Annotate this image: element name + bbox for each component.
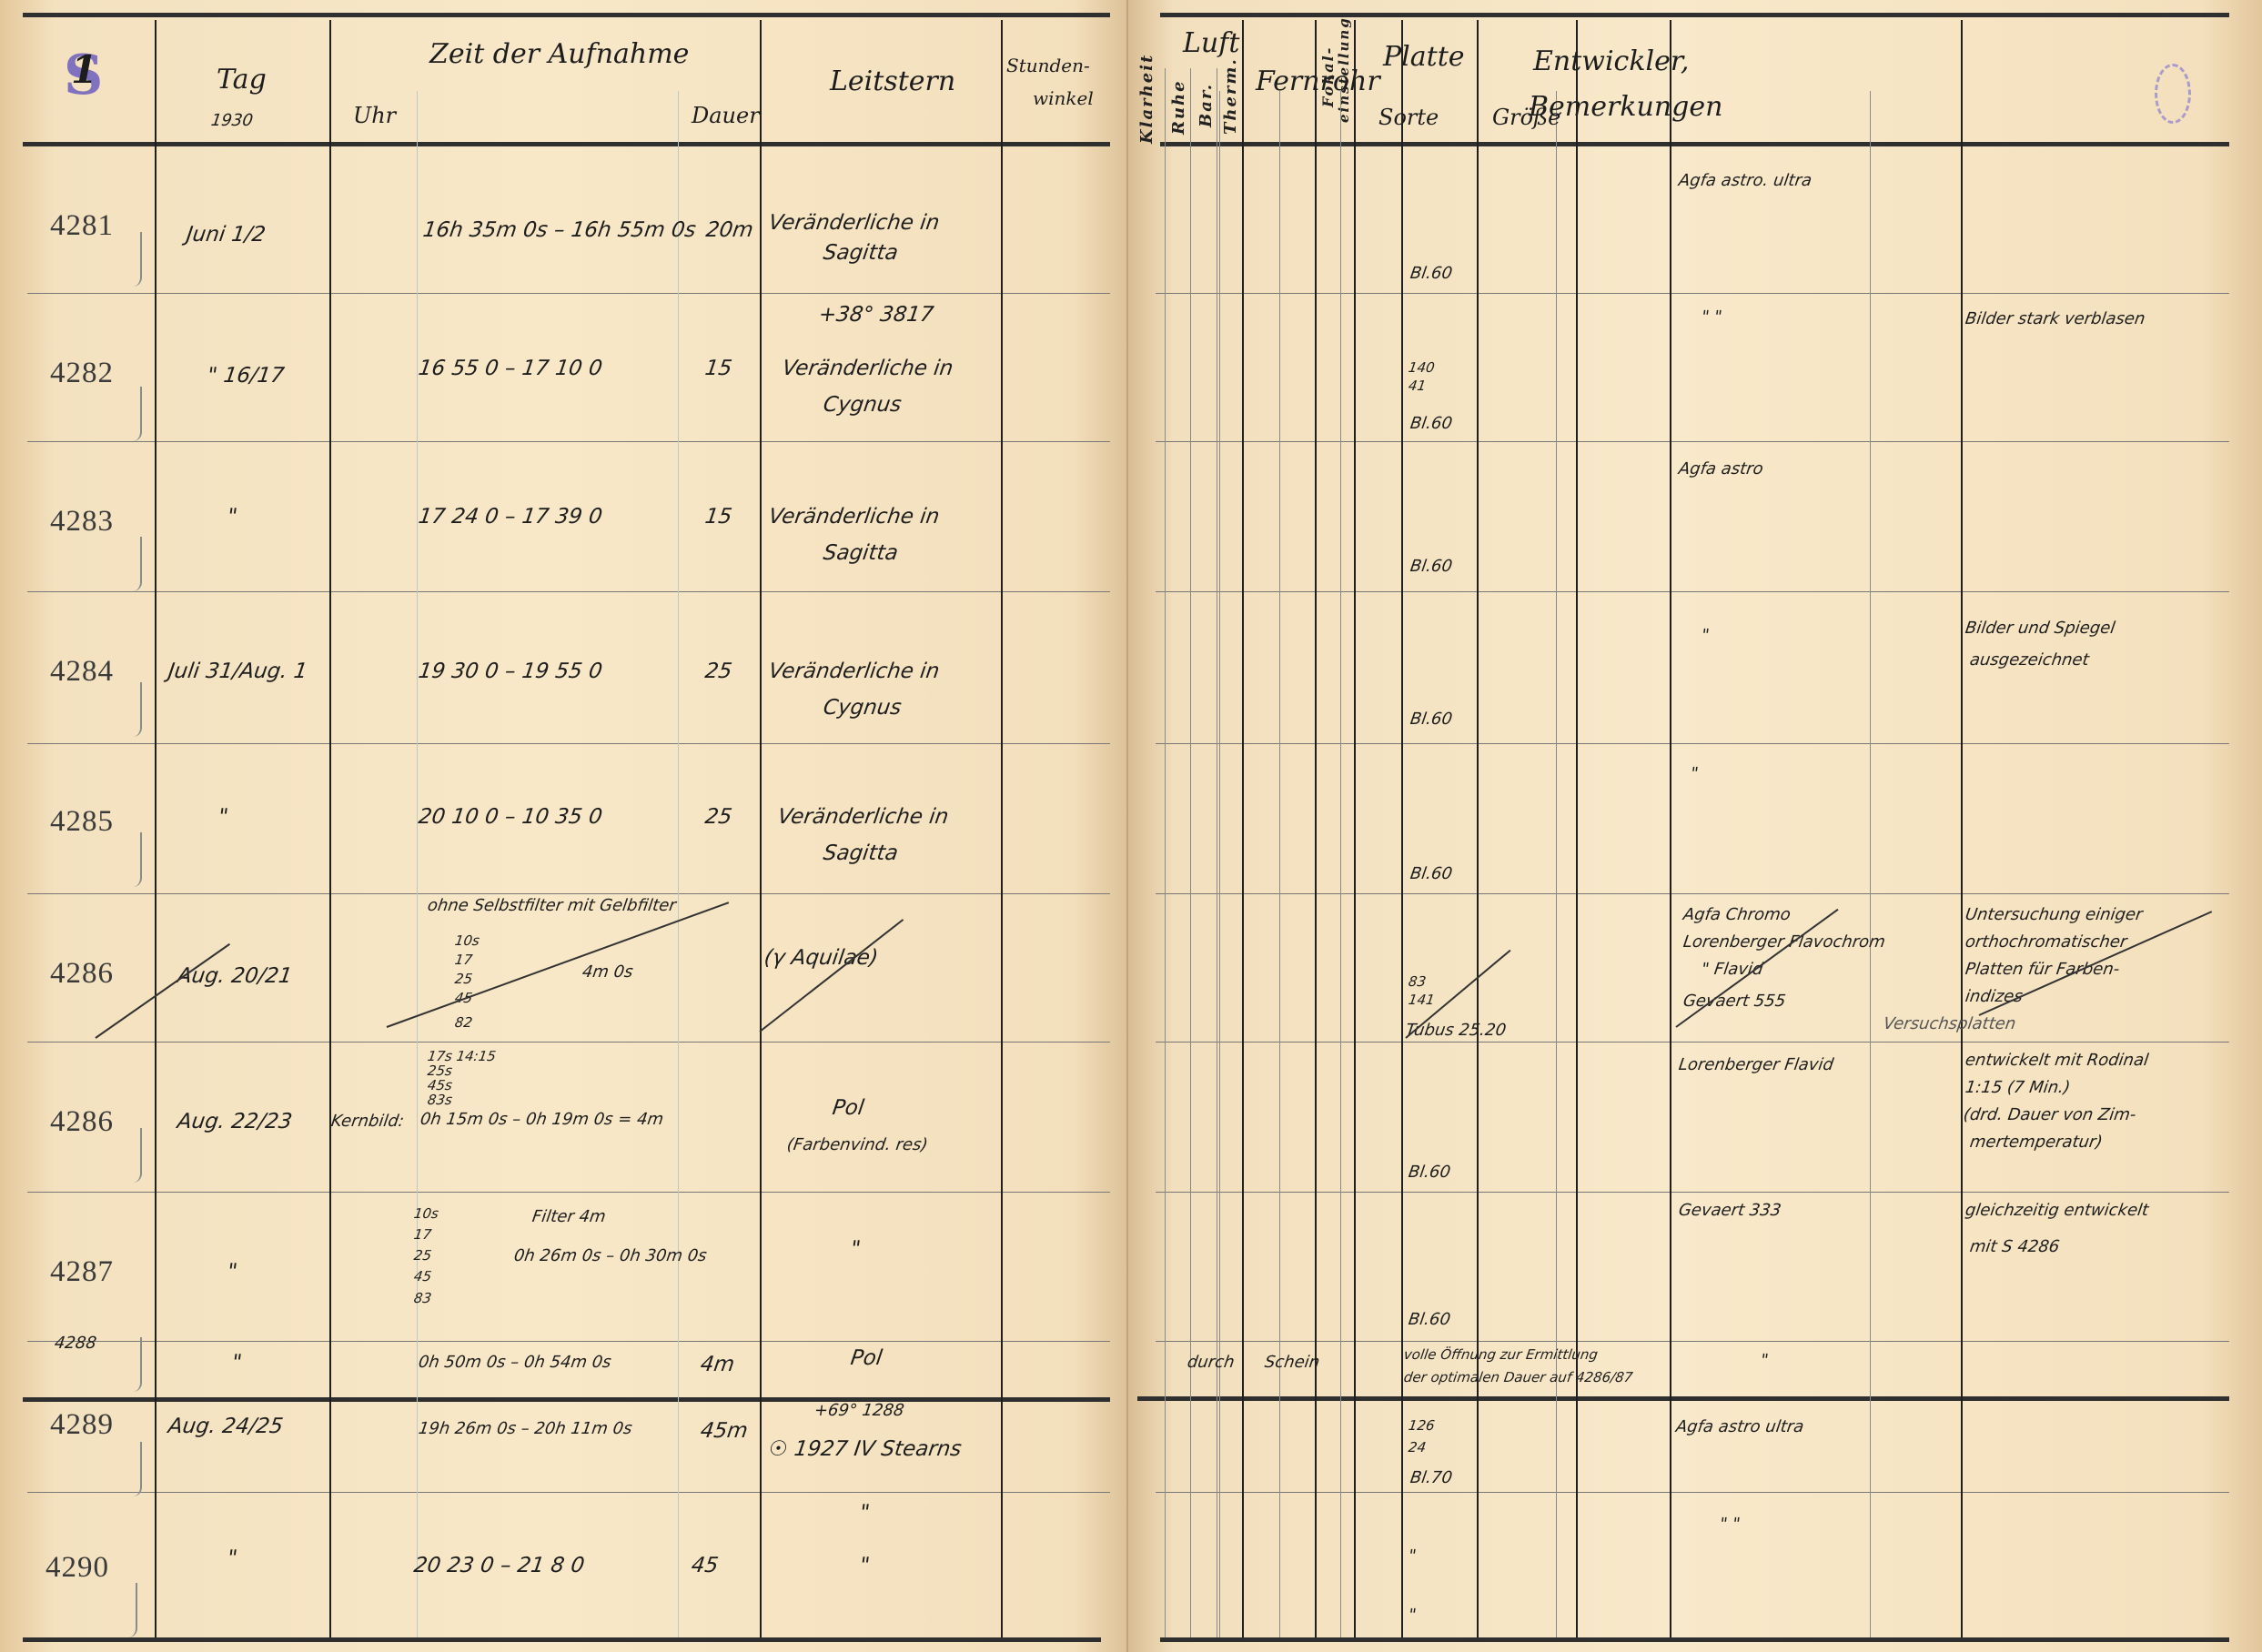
col-divider xyxy=(1961,20,1963,1637)
bemerkung-cell-3: (drd. Dauer von Zim- xyxy=(1963,1105,2137,1124)
fernrohr-cell: Bl.70 xyxy=(1409,1468,1454,1487)
bemerkung-cell-2: mit S 4286 xyxy=(1969,1237,2061,1256)
sorte-cell: Agfa astro. ultra xyxy=(1678,171,1813,190)
bemerkung-cell: Untersuchung einiger xyxy=(1964,905,2145,924)
fernrohr-cell: Bl.60 xyxy=(1409,264,1454,283)
bemerkung-cell-4: indizes xyxy=(1964,987,2025,1006)
sorte-cell: Agfa astro xyxy=(1678,459,1765,478)
fernrohr-cell: Bl.60 xyxy=(1409,864,1454,883)
fernrohr-cell: Bl.60 xyxy=(1409,414,1454,433)
col-divider-faint xyxy=(1340,91,1341,1637)
bemerkung-cell: entwickelt mit Rodinal xyxy=(1964,1051,2150,1070)
bemerkung-cell: Bilder und Spiegel xyxy=(1964,619,2116,638)
bemerkung-cell-4: mertemperatur) xyxy=(1969,1133,2104,1152)
right-page-content: Bl.60 Agfa astro. ultra 140 41 Bl.60 " "… xyxy=(0,0,2262,1652)
fernrohr-cell-2: " xyxy=(1408,1606,1418,1625)
bemerkung-cell-2: ausgezeichnet xyxy=(1969,650,2091,670)
fernrohr-cell: " xyxy=(1408,1546,1418,1566)
sorte-cell: " " xyxy=(1719,1515,1742,1534)
sorte-cell: Gevaert 333 xyxy=(1678,1201,1782,1220)
col-divider-faint xyxy=(1870,91,1871,1637)
sorte-cell-4: Gevaert 555 xyxy=(1682,992,1787,1011)
fernrohr-cell: Bl.60 xyxy=(1408,1310,1452,1329)
fernrohr-stack-0: 140 xyxy=(1408,359,1436,376)
bemerkung-cell: Bilder stark verblasen xyxy=(1964,309,2146,328)
fernrohr-cell: volle Öffnung zur Ermittlung xyxy=(1403,1346,1600,1363)
fernrohr-cell: Bl.60 xyxy=(1409,710,1454,729)
ruhe-cell: Schein xyxy=(1264,1353,1321,1372)
sorte-cell: Agfa astro ultra xyxy=(1675,1417,1805,1436)
col-divider-faint xyxy=(1279,91,1280,1637)
sorte-cell: " xyxy=(1701,626,1711,645)
margin-note: Versuchsplatten xyxy=(1883,1014,2017,1033)
sorte-cell: Lorenberger Flavid xyxy=(1678,1055,1835,1074)
bemerkung-cell: gleichzeitig entwickelt xyxy=(1964,1201,2150,1220)
fernrohr-cell: Bl.60 xyxy=(1409,557,1454,576)
fernrohr-stack-1: 24 xyxy=(1408,1439,1428,1456)
bemerkung-cell-2: 1:15 (7 Min.) xyxy=(1964,1078,2072,1097)
sorte-cell: " xyxy=(1690,764,1700,783)
col-divider xyxy=(1670,20,1671,1637)
fernrohr-cell-2: der optimalen Dauer auf 4286/87 xyxy=(1403,1369,1634,1385)
col-divider-faint xyxy=(1165,68,1166,1637)
fernrohr-stack-1: 41 xyxy=(1408,378,1428,394)
sorte-cell: " xyxy=(1760,1351,1770,1370)
fernrohr-cell: Bl.60 xyxy=(1408,1163,1452,1182)
col-divider-faint xyxy=(1219,91,1220,1637)
col-divider xyxy=(1576,20,1578,1637)
sorte-cell: Agfa Chromo xyxy=(1682,905,1792,924)
sorte-cell: " " xyxy=(1701,307,1723,327)
klarheit-cell: durch xyxy=(1187,1353,1236,1372)
col-divider xyxy=(1401,20,1403,1637)
bemerkung-cell-2: orthochromatischer xyxy=(1964,932,2128,952)
fernrohr-stack-0: 83 xyxy=(1408,973,1428,990)
fernrohr-stack-1: 141 xyxy=(1408,992,1436,1008)
fernrohr-stack-0: 126 xyxy=(1408,1417,1436,1434)
